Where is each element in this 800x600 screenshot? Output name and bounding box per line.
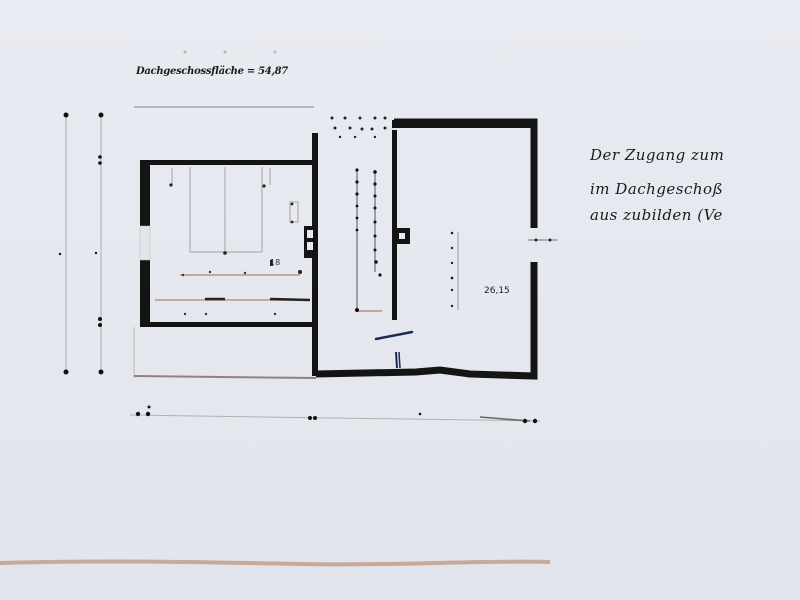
side-note-line-3: aus zubilden (Ve bbox=[590, 206, 723, 224]
inner-dimension-label: 18 bbox=[270, 258, 280, 267]
floor-area-label: Dachgeschossfläche = 54,87 bbox=[136, 66, 288, 77]
floor-plan-drawing bbox=[0, 0, 800, 600]
left-room bbox=[140, 160, 316, 327]
side-note-line-2: im Dachgeschoß bbox=[590, 180, 723, 198]
right-room bbox=[316, 120, 558, 376]
bottom-dimension-line bbox=[130, 406, 540, 424]
stair-hall bbox=[304, 117, 412, 377]
top-dimension-line bbox=[134, 51, 314, 109]
room-area-label: 26,15 bbox=[484, 286, 510, 296]
paper-stain bbox=[0, 561, 550, 564]
left-dimension-lines bbox=[66, 114, 101, 372]
lower-annex bbox=[134, 327, 316, 378]
side-note-line-1: Der Zugang zum bbox=[590, 146, 724, 164]
